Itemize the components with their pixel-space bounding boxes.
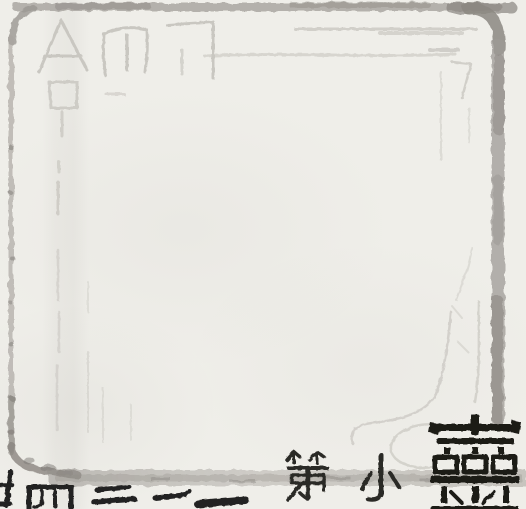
char-number-si-glyph bbox=[25, 481, 75, 509]
char-number-yi-glyph bbox=[195, 495, 249, 509]
char-ling-glyph bbox=[428, 413, 522, 509]
bleedthrough-marks bbox=[39, 20, 479, 468]
char-xiao-glyph bbox=[357, 452, 404, 505]
char-number-san-glyph bbox=[91, 483, 137, 509]
char-number-wu: 五 bbox=[0, 469, 18, 509]
char-number-yi: 一 bbox=[195, 495, 249, 509]
bleed-box-shape bbox=[103, 28, 147, 94]
bleed-column-rules bbox=[57, 250, 131, 442]
char-number-er-glyph bbox=[151, 488, 193, 509]
char-xiao: 小 bbox=[357, 452, 404, 505]
char-di-glyph bbox=[281, 449, 335, 503]
scanned-book-page: 靈 第 小 一 bbox=[0, 0, 526, 509]
char-ling: 靈 bbox=[428, 413, 522, 509]
char-number-si: 四 bbox=[25, 481, 75, 509]
char-number-er: 二 bbox=[151, 488, 193, 509]
bleed-horizontal-rules bbox=[205, 29, 476, 160]
bleed-bracket-shape bbox=[167, 22, 213, 78]
rounded-border-frame bbox=[8, 5, 512, 476]
bleed-roof-shape bbox=[39, 20, 87, 214]
char-di: 第 bbox=[281, 449, 335, 503]
char-number-wu-glyph bbox=[0, 469, 18, 509]
char-number-san: 三 bbox=[91, 483, 137, 509]
